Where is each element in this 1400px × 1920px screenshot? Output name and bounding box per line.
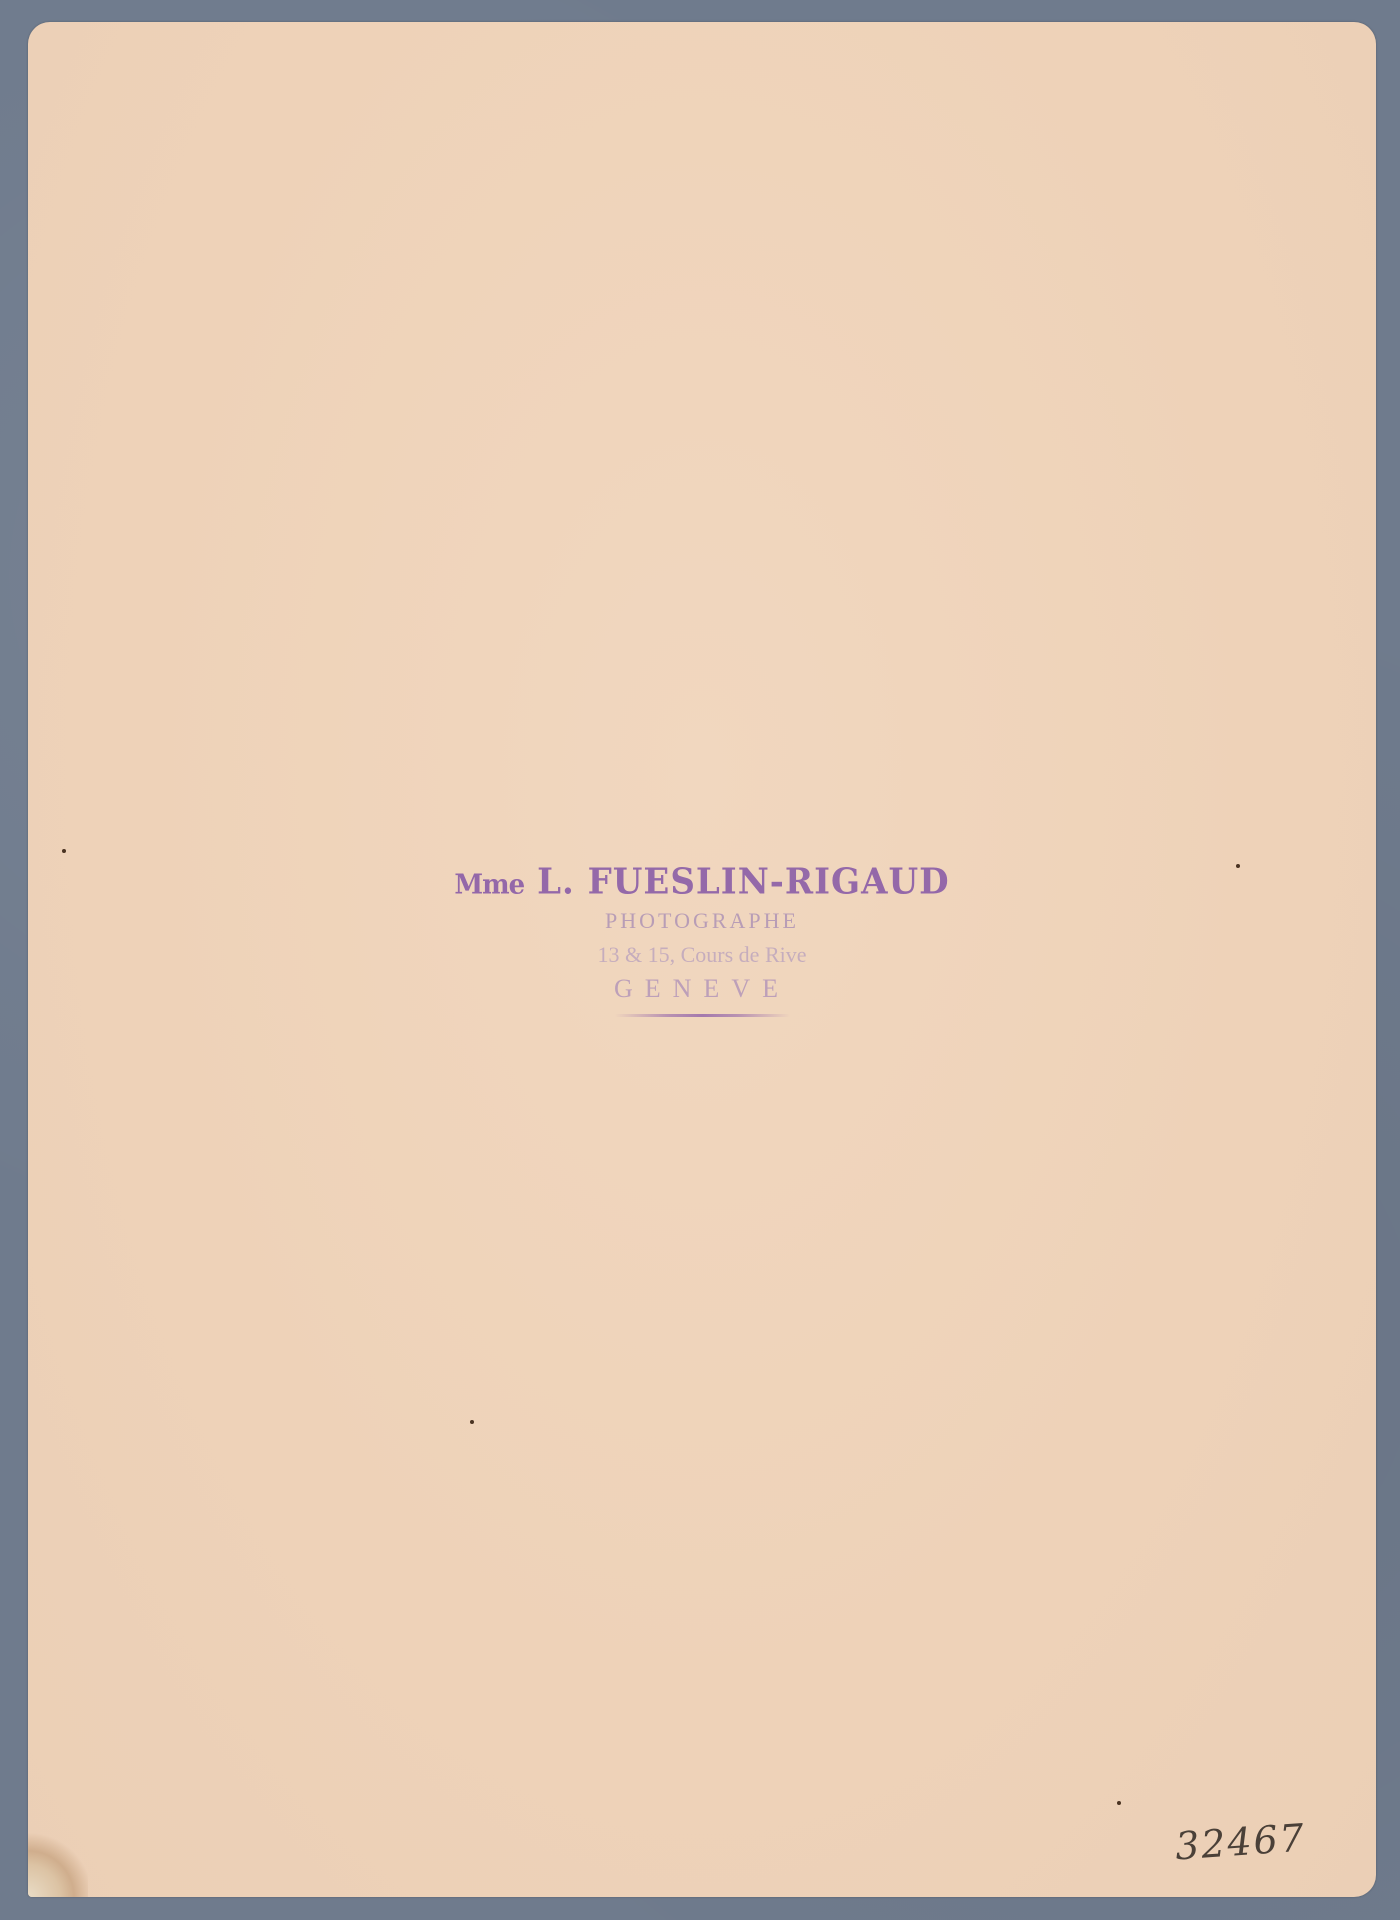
speck: [470, 1420, 474, 1424]
stamp-city: GENEVE: [28, 974, 1376, 1004]
photographer-stamp: Mme L. FUESLIN-RIGAUD PHOTOGRAPHE 13 & 1…: [28, 862, 1376, 1017]
stamp-ornament-rule: [615, 1014, 790, 1017]
speck: [1117, 1801, 1121, 1805]
photo-card-back: Mme L. FUESLIN-RIGAUD PHOTOGRAPHE 13 & 1…: [28, 22, 1376, 1897]
stamp-title: PHOTOGRAPHE: [28, 908, 1376, 934]
stamp-photographer-name: Mme L. FUESLIN-RIGAUD: [28, 861, 1376, 903]
damaged-corner: [28, 1827, 88, 1897]
speck: [62, 849, 66, 853]
stamp-name-prefix: Mme: [454, 869, 524, 901]
handwritten-inventory-number: 32467: [1174, 1815, 1308, 1868]
stamp-name-text: L. FUESLIN-RIGAUD: [537, 861, 950, 903]
stamp-address: 13 & 15, Cours de Rive: [28, 942, 1376, 968]
